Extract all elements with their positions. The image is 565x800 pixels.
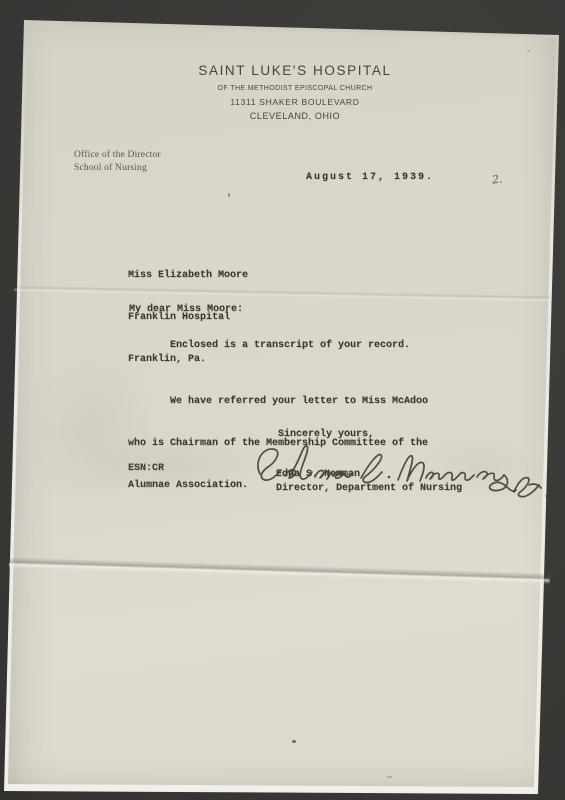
main-fold-crease [9,557,550,585]
letter-date: August 17, 1939. [306,172,434,183]
hospital-address: 11311 SHAKER BOULEVARD [30,97,560,107]
photo-scene: SAINT LUKE'S HOSPITAL OF THE METHODIST E… [0,0,565,800]
office-block: Office of the Director School of Nursing [74,150,234,182]
salutation: My dear Miss Moore: [129,304,243,315]
paper-speck [292,740,296,743]
office-line-2: School of Nursing [74,163,147,173]
pencil-annotation: 2. [491,172,503,186]
recipient-name: Miss Elizabeth Moore [128,269,248,283]
upper-fold-crease [14,285,550,302]
paper-speck [228,193,230,197]
body-paragraph-1: Enclosed is a transcript of your record. [170,340,410,351]
office-line-1: Office of the Director [74,150,161,160]
paper-speck [387,776,392,778]
paragraph-2-line-1: We have referred your letter to Miss McA… [128,395,428,409]
letterhead: SAINT LUKE'S HOSPITAL OF THE METHODIST E… [30,0,560,140]
letter-content: SAINT LUKE'S HOSPITAL OF THE METHODIST E… [0,0,565,800]
hospital-subtitle: OF THE METHODIST EPISCOPAL CHURCH [30,85,560,92]
reference-initials: ESN:CR [128,463,164,474]
hospital-name: SAINT LUKE'S HOSPITAL [30,63,560,78]
hospital-city: CLEVELAND, OHIO [30,111,560,121]
recipient-city: Franklin, Pa. [128,353,248,367]
handwritten-signature [252,428,552,506]
